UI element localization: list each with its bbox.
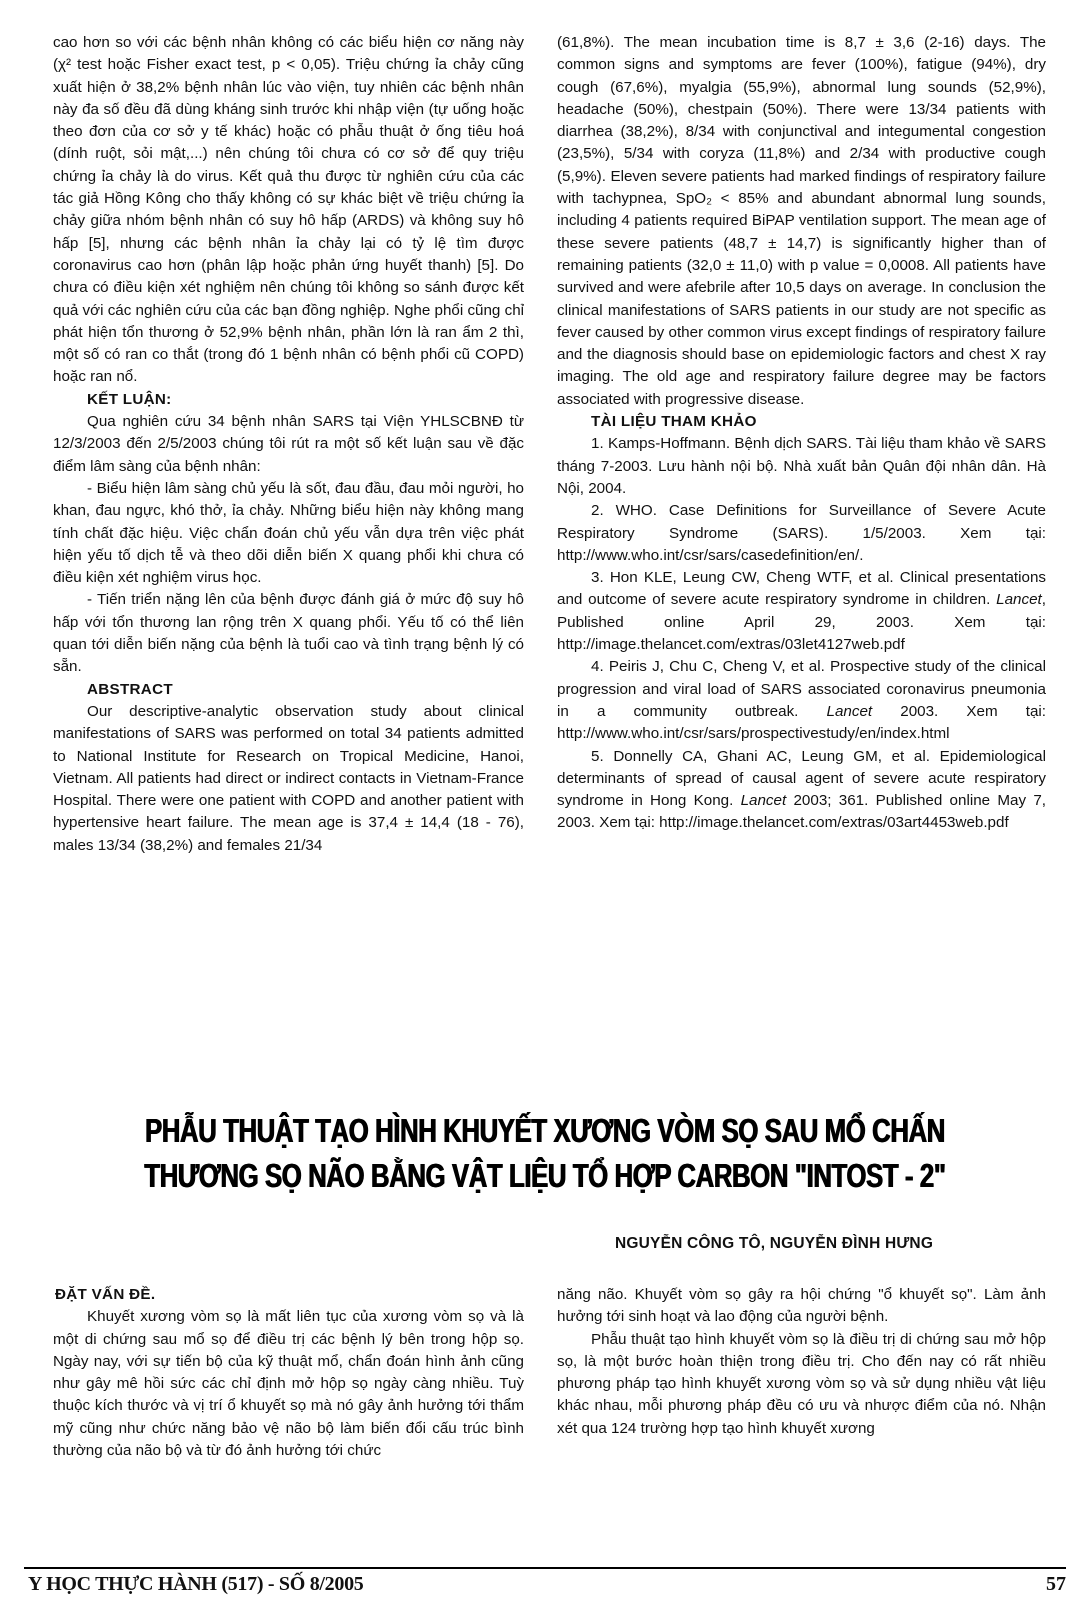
article2-right-column: năng não. Khuyết vòm sọ gây ra hội chứng… — [557, 1284, 1046, 1440]
reference-item: 5. Donnelly CA, Ghani AC, Leung GM, et a… — [557, 746, 1046, 835]
references-heading: TÀI LIỆU THAM KHẢO — [591, 411, 1046, 433]
article2-title: PHẪU THUẬT TẠO HÌNH KHUYẾT XƯƠNG VÒM SỌ … — [120, 1108, 970, 1198]
reference-item: 4. Peiris J, Chu C, Cheng V, et al. Pros… — [557, 656, 1046, 745]
body-paragraph: Phẫu thuật tạo hình khuyết vòm sọ là điề… — [557, 1329, 1046, 1440]
conclusion-intro: Qua nghiên cứu 34 bệnh nhân SARS tại Việ… — [53, 411, 524, 478]
title-line: THƯƠNG SỌ NÃO BẰNG VẬT LIỆU TỔ HỢP CARBO… — [120, 1153, 970, 1198]
article1-right-column: (61,8%). The mean incubation time is 8,7… — [557, 32, 1046, 835]
title-line: PHẪU THUẬT TẠO HÌNH KHUYẾT XƯƠNG VÒM SỌ … — [120, 1108, 970, 1153]
abstract-heading: ABSTRACT — [87, 679, 524, 701]
conclusion-point: - Tiến triển nặng lên của bệnh được đánh… — [53, 589, 524, 678]
page-number: 57 — [1046, 1573, 1066, 1596]
abstract-paragraph: (61,8%). The mean incubation time is 8,7… — [557, 32, 1046, 411]
abstract-paragraph: Our descriptive-analytic observation stu… — [53, 701, 524, 857]
body-paragraph: cao hơn so với các bệnh nhân không có cá… — [53, 32, 524, 389]
journal-name: Lancet — [741, 792, 787, 809]
article1-left-column: cao hơn so với các bệnh nhân không có cá… — [53, 32, 524, 857]
article2-authors: NGUYỄN CÔNG TÔ, NGUYỄN ĐÌNH HƯNG — [615, 1235, 933, 1253]
footer-journal-title: Y HỌC THỰC HÀNH (517) - SỐ 8/2005 — [28, 1573, 363, 1596]
body-paragraph: Khuyết xương vòm sọ là mất liên tục của … — [53, 1306, 524, 1462]
journal-name: Lancet — [996, 591, 1042, 608]
section-heading: ĐẶT VẤN ĐỀ. — [55, 1284, 524, 1306]
footer-divider — [24, 1567, 1066, 1569]
reference-item: 2. WHO. Case Definitions for Surveillanc… — [557, 500, 1046, 567]
reference-text: 3. Hon KLE, Leung CW, Cheng WTF, et al. … — [557, 569, 1046, 608]
article2-left-column: ĐẶT VẤN ĐỀ. Khuyết xương vòm sọ là mất l… — [53, 1284, 524, 1462]
body-paragraph: năng não. Khuyết vòm sọ gây ra hội chứng… — [557, 1284, 1046, 1329]
conclusion-heading: KẾT LUẬN: — [87, 389, 524, 411]
reference-item: 1. Kamps-Hoffmann. Bệnh dịch SARS. Tài l… — [557, 433, 1046, 500]
reference-item: 3. Hon KLE, Leung CW, Cheng WTF, et al. … — [557, 567, 1046, 656]
journal-name: Lancet — [827, 703, 873, 720]
conclusion-point: - Biểu hiện lâm sàng chủ yếu là sốt, đau… — [53, 478, 524, 589]
